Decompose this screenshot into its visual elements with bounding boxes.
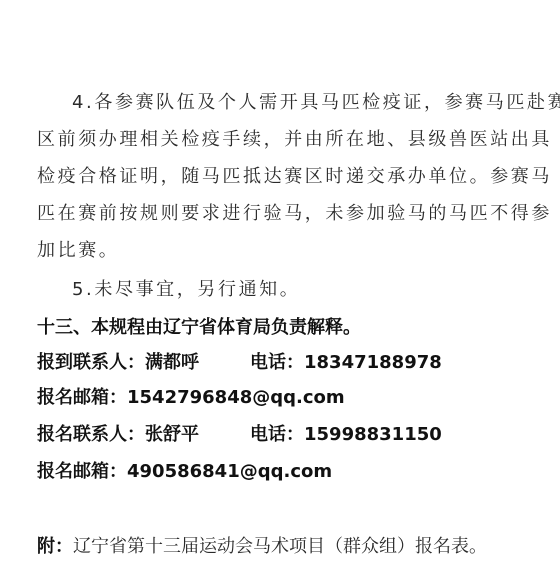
paragraph-4-line-2: 区前须办理相关检疫手续，并由所在地、县级兽医站出具 [37, 128, 552, 152]
contact-name: 满都呼 [145, 352, 199, 373]
attachment-line: 附：辽宁省第十三届运动会马术项目（群众组）报名表。 [37, 535, 487, 559]
paragraph-4-line-4: 匹在赛前按规则要求进行验马，未参加验马的马匹不得参 [37, 202, 552, 226]
contact-label: 报名联系人： [37, 424, 145, 445]
email-row-1: 报名邮箱：1542796848@qq.com [37, 386, 345, 410]
email-label: 报名邮箱： [37, 461, 127, 482]
paragraph-4-line-5: 加比赛。 [37, 239, 119, 263]
phone-number: 18347188978 [304, 352, 442, 373]
email-row-2: 报名邮箱：490586841@qq.com [37, 460, 332, 484]
email-address: 1542796848@qq.com [127, 387, 345, 408]
contact-name: 张舒平 [145, 424, 199, 445]
contact-label: 报到联系人： [37, 352, 145, 373]
contact-row-2: 报名联系人：张舒平 电话：15998831150 [37, 423, 537, 447]
phone-label: 电话： [250, 424, 304, 445]
contact-row-1: 报到联系人：满都呼 电话：18347188978 [37, 351, 537, 375]
paragraph-5: 5.未尽事宜，另行通知。 [72, 278, 300, 302]
email-label: 报名邮箱： [37, 387, 127, 408]
phone-group: 电话：18347188978 [250, 351, 442, 375]
paragraph-4-line-1: 4.各参赛队伍及个人需开具马匹检疫证，参赛马匹赴赛 [72, 91, 560, 115]
email-address: 490586841@qq.com [127, 461, 332, 482]
attachment-text: 辽宁省第十三届运动会马术项目（群众组）报名表。 [73, 536, 487, 557]
phone-group: 电话：15998831150 [250, 423, 442, 447]
section-13-heading: 十三、本规程由辽宁省体育局负责解释。 [37, 316, 361, 340]
paragraph-4-line-3: 检疫合格证明，随马匹抵达赛区时递交承办单位。参赛马 [37, 165, 552, 189]
phone-number: 15998831150 [304, 424, 442, 445]
phone-label: 电话： [250, 352, 304, 373]
attachment-label: 附： [37, 536, 73, 557]
